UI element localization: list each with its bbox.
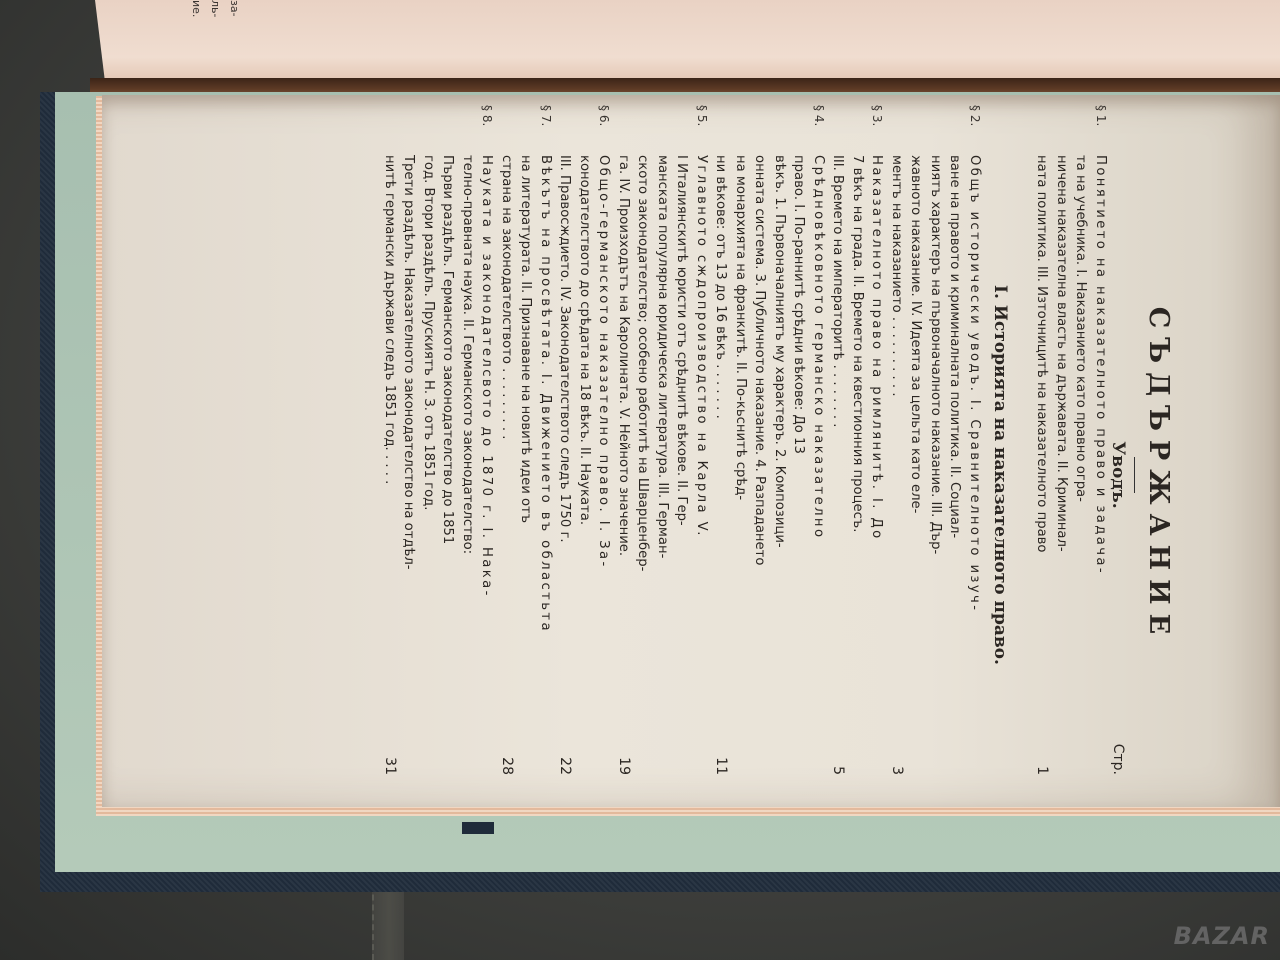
section-number: § 7. bbox=[536, 105, 556, 126]
title-divider bbox=[1134, 457, 1135, 493]
entry-line: III. Правосждието. IV. Законодателството… bbox=[555, 135, 575, 737]
toc-entry: § 5.Углавното сждопроизводство на Карла … bbox=[614, 135, 712, 775]
entry-line: га. IV. Произходътъ на Каролината. V. Не… bbox=[614, 135, 634, 737]
entry-line: Понятието на наказателното право и задач… bbox=[1091, 135, 1111, 737]
section-number: § 3. bbox=[867, 105, 887, 126]
entry-line: III. Времето на императоритѣ . . . . . .… bbox=[828, 135, 848, 737]
toc-entry: § 2.Общъ исторически уводъ. I. Сравнител… bbox=[887, 135, 985, 775]
entry-line: ничена наказателна власть на държавата. … bbox=[1052, 135, 1072, 737]
entry-line: ната политика. III. Източницитѣ на наказ… bbox=[1032, 135, 1052, 737]
entry-line: 7 вѣкъ на града. II. Времето на квестион… bbox=[848, 135, 868, 737]
entry-line: страна на законодателството . . . . . . … bbox=[497, 135, 517, 737]
entry-line: право. I. По-раннитѣ срѣдни вѣкове: До 1… bbox=[789, 135, 809, 737]
entry-line: на литературата. II. Признаване на новит… bbox=[516, 135, 536, 737]
previous-page-fragment: ль- bbox=[209, 0, 222, 30]
entry-line: ското законодателство; особено работитѣ … bbox=[633, 135, 653, 737]
section-number: § 4. bbox=[809, 105, 829, 126]
page-number: 11 bbox=[711, 757, 731, 775]
entry-line: Вѣкътъ на просвѣтата. I. Движението въ о… bbox=[536, 135, 556, 737]
toc-content: СЪДЪРЖАНИЕ Уводъ. Стр. § 1.Понятието на … bbox=[172, 135, 1182, 775]
part-heading: I. Историята на наказателното право. bbox=[990, 175, 1010, 775]
entry-line: онната система. 3. Публичното наказание.… bbox=[750, 135, 770, 737]
cover-tab bbox=[462, 822, 494, 834]
entry-line: ниятъ характеръ на първоначалното наказа… bbox=[926, 135, 946, 737]
page-number: 3 bbox=[887, 766, 907, 775]
previous-page-fragment: за- bbox=[228, 0, 241, 30]
entry-line: Срѣдновѣковното германско наказателно bbox=[809, 135, 829, 737]
intro-entries: § 1.Понятието на наказателното право и з… bbox=[1032, 135, 1110, 775]
entry-line: ни вѣкове: отъ 13 до 16 вѣкъ . . . . . .… bbox=[711, 135, 731, 737]
entry-line: год. Втори раздѣлъ. Прускиятъ Н. З. отъ … bbox=[419, 135, 439, 737]
page-number: 1 bbox=[1032, 766, 1052, 775]
watermark-logo: BAZAR bbox=[1174, 922, 1270, 950]
entry-line: Първи раздѣлъ. Германското законодателст… bbox=[438, 135, 458, 737]
previous-page bbox=[60, 0, 1280, 82]
entry-line: вѣкъ. 1. Първоначалниятъ му характеръ. 2… bbox=[770, 135, 790, 737]
entry-line: ментъ на наказанието . . . . . . . . . . bbox=[887, 135, 907, 737]
section-number: § 5. bbox=[692, 105, 712, 126]
entry-line: Науката и законодателсвото до 1870 г. I.… bbox=[477, 135, 497, 737]
entry-line: I Италиянскитѣ юристи отъ срѣднитѣ вѣков… bbox=[672, 135, 692, 737]
entry-line: конодателството до срѣдата на 18 вѣкъ. I… bbox=[575, 135, 595, 737]
toc-entry: § 7.Вѣкътъ на просвѣтата. I. Движението … bbox=[497, 135, 556, 775]
entry-line: жавното наказание. IV. Идеята за цельта … bbox=[906, 135, 926, 737]
page-title: СЪДЪРЖАНИЕ bbox=[1143, 175, 1174, 775]
toc-entry: § 4.Срѣдновѣковното германско наказателн… bbox=[711, 135, 828, 775]
toc-entries: § 2.Общъ исторически уводъ. I. Сравнител… bbox=[380, 135, 985, 775]
entry-line: Трети раздѣлъ. Наказателното законодател… bbox=[399, 135, 419, 737]
page-number: 5 bbox=[828, 766, 848, 775]
previous-page-fragment: ие. bbox=[190, 0, 203, 30]
entry-line: нитѣ германски държави следъ 1851 год. .… bbox=[380, 135, 400, 737]
entry-line: на монархията на франкитѣ. II. По-кьснит… bbox=[731, 135, 751, 737]
entry-line: Углавното сждопроизводство на Карла V. bbox=[692, 135, 712, 737]
entry-line: ване на правото и криминалната политика.… bbox=[945, 135, 965, 737]
section-number: § 2. bbox=[965, 105, 985, 126]
toc-entry: § 3.Наказателното право на римлянитѣ. I.… bbox=[828, 135, 887, 775]
page-number: 22 bbox=[555, 757, 575, 775]
entry-line: телно-правната наука. II. Германското за… bbox=[458, 135, 478, 737]
section-number: § 8. bbox=[477, 105, 497, 126]
previous-page-text: ие. ль- за- bbox=[190, 0, 241, 30]
page-number: 19 bbox=[614, 757, 634, 775]
entry-line: Общо-германското наказателно право. I. З… bbox=[594, 135, 614, 737]
toc-entry: § 6.Общо-германското наказателно право. … bbox=[555, 135, 614, 775]
toc-entry: § 1.Понятието на наказателното право и з… bbox=[1032, 135, 1110, 775]
page-number: 28 bbox=[497, 757, 517, 775]
entry-line: манската популярна юридическа литература… bbox=[653, 135, 673, 737]
toc-entry: § 8.Науката и законодателсвото до 1870 г… bbox=[380, 135, 497, 775]
toc-page: СЪДЪРЖАНИЕ Уводъ. Стр. § 1.Понятието на … bbox=[102, 95, 1280, 807]
page-number: 31 bbox=[380, 757, 400, 775]
entry-line: Наказателното право на римлянитѣ. I. До bbox=[867, 135, 887, 737]
section-number: § 1. bbox=[1091, 105, 1111, 126]
section-number: § 6. bbox=[594, 105, 614, 126]
entry-line: Общъ исторически уводъ. I. Сравнителното… bbox=[965, 135, 985, 737]
entry-line: та на учебника. I. Наказанието като прав… bbox=[1071, 135, 1091, 737]
